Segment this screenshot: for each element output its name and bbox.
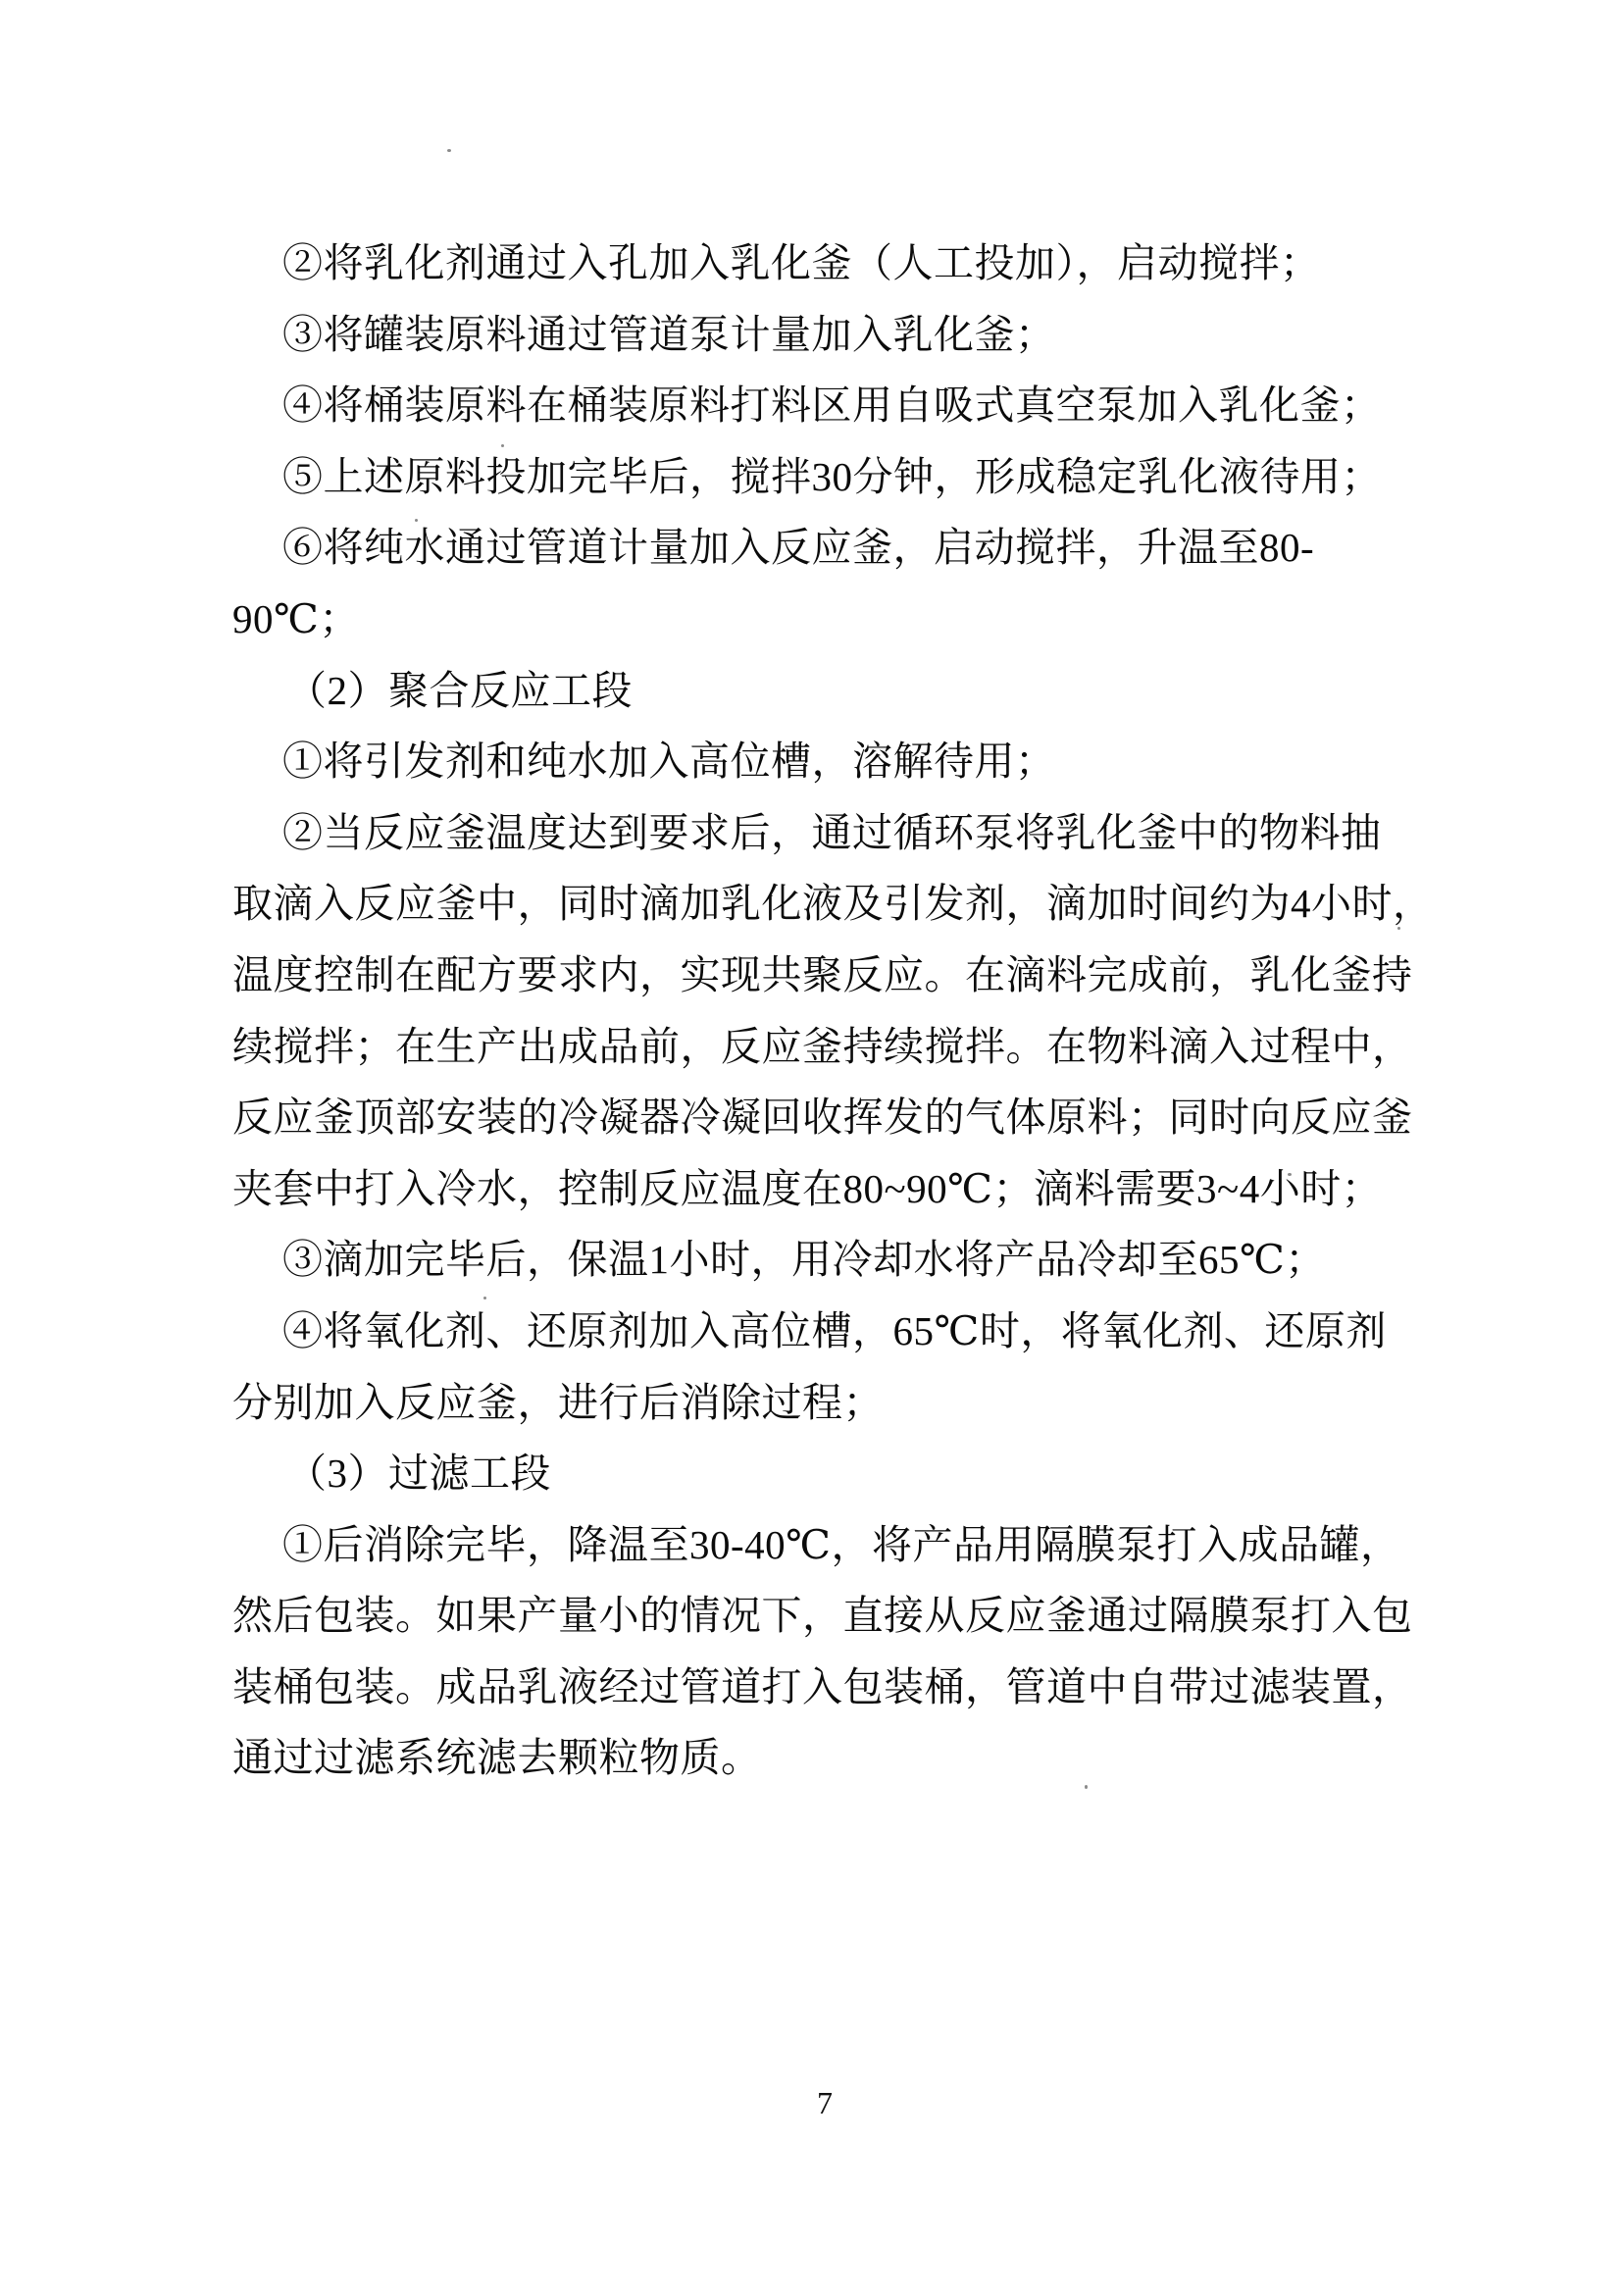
scan-speck bbox=[501, 444, 504, 447]
scan-speck bbox=[1397, 927, 1400, 930]
step-line: ⑤上述原料投加完毕后，搅拌30分钟，形成稳定乳化液待用； bbox=[232, 441, 1399, 513]
step-line: ①将引发剂和纯水加入高位槽，溶解待用； bbox=[232, 726, 1399, 797]
step-line: 取滴入反应釜中，同时滴加乳化液及引发剂，滴加时间约为4小时， bbox=[232, 868, 1399, 940]
step-line: ④将桶装原料在桶装原料打料区用自吸式真空泵加入乳化釜； bbox=[232, 370, 1399, 441]
step-line: ⑥将纯水通过管道计量加入反应釜，启动搅拌，升温至80- bbox=[232, 512, 1399, 584]
step-line: 通过过滤系统滤去颗粒物质。 bbox=[232, 1722, 1399, 1794]
page-number: 7 bbox=[797, 2085, 852, 2121]
step-line: 分别加入反应釜，进行后消除过程； bbox=[232, 1367, 1399, 1439]
scan-speck bbox=[415, 519, 418, 522]
section-heading: （2）聚合反应工段 bbox=[232, 655, 1399, 727]
step-line: 装桶包装。成品乳液经过管道打入包装桶，管道中自带过滤装置， bbox=[232, 1652, 1399, 1723]
document-text-block: ②将乳化剂通过入孔加入乳化釜（人工投加），启动搅拌； ③将罐装原料通过管道泵计量… bbox=[232, 228, 1399, 1794]
step-line: ②当反应釜温度达到要求后，通过循环泵将乳化釜中的物料抽 bbox=[232, 797, 1399, 869]
step-line: ③将罐装原料通过管道泵计量加入乳化釜； bbox=[232, 299, 1399, 371]
step-line: 续搅拌；在生产出成品前，反应釜持续搅拌。在物料滴入过程中， bbox=[232, 1011, 1399, 1083]
step-line: 然后包装。如果产量小的情况下，直接从反应釜通过隔膜泵打入包 bbox=[232, 1580, 1399, 1652]
step-line: ①后消除完毕，降温至30-40℃，将产品用隔膜泵打入成品罐， bbox=[232, 1509, 1399, 1581]
step-line: 90℃； bbox=[232, 584, 1399, 655]
step-line: ②将乳化剂通过入孔加入乳化釜（人工投加），启动搅拌； bbox=[232, 228, 1399, 299]
scan-speck bbox=[447, 149, 451, 152]
scan-speck bbox=[1288, 1173, 1292, 1176]
step-line: 反应釜顶部安装的冷凝器冷凝回收挥发的气体原料；同时向反应釜 bbox=[232, 1082, 1399, 1153]
step-line: ④将氧化剂、还原剂加入高位槽，65℃时，将氧化剂、还原剂 bbox=[232, 1296, 1399, 1367]
scan-speck bbox=[483, 1297, 486, 1299]
document-page: ②将乳化剂通过入孔加入乳化釜（人工投加），启动搅拌； ③将罐装原料通过管道泵计量… bbox=[0, 0, 1624, 2293]
step-line: ③滴加完毕后，保温1小时，用冷却水将产品冷却至65℃； bbox=[232, 1224, 1399, 1296]
section-heading: （3）过滤工段 bbox=[232, 1438, 1399, 1509]
step-line: 夹套中打入冷水，控制反应温度在80~90℃；滴料需要3~4小时； bbox=[232, 1153, 1399, 1225]
scan-speck bbox=[1085, 1785, 1088, 1789]
step-line: 温度控制在配方要求内，实现共聚反应。在滴料完成前，乳化釜持 bbox=[232, 940, 1399, 1011]
